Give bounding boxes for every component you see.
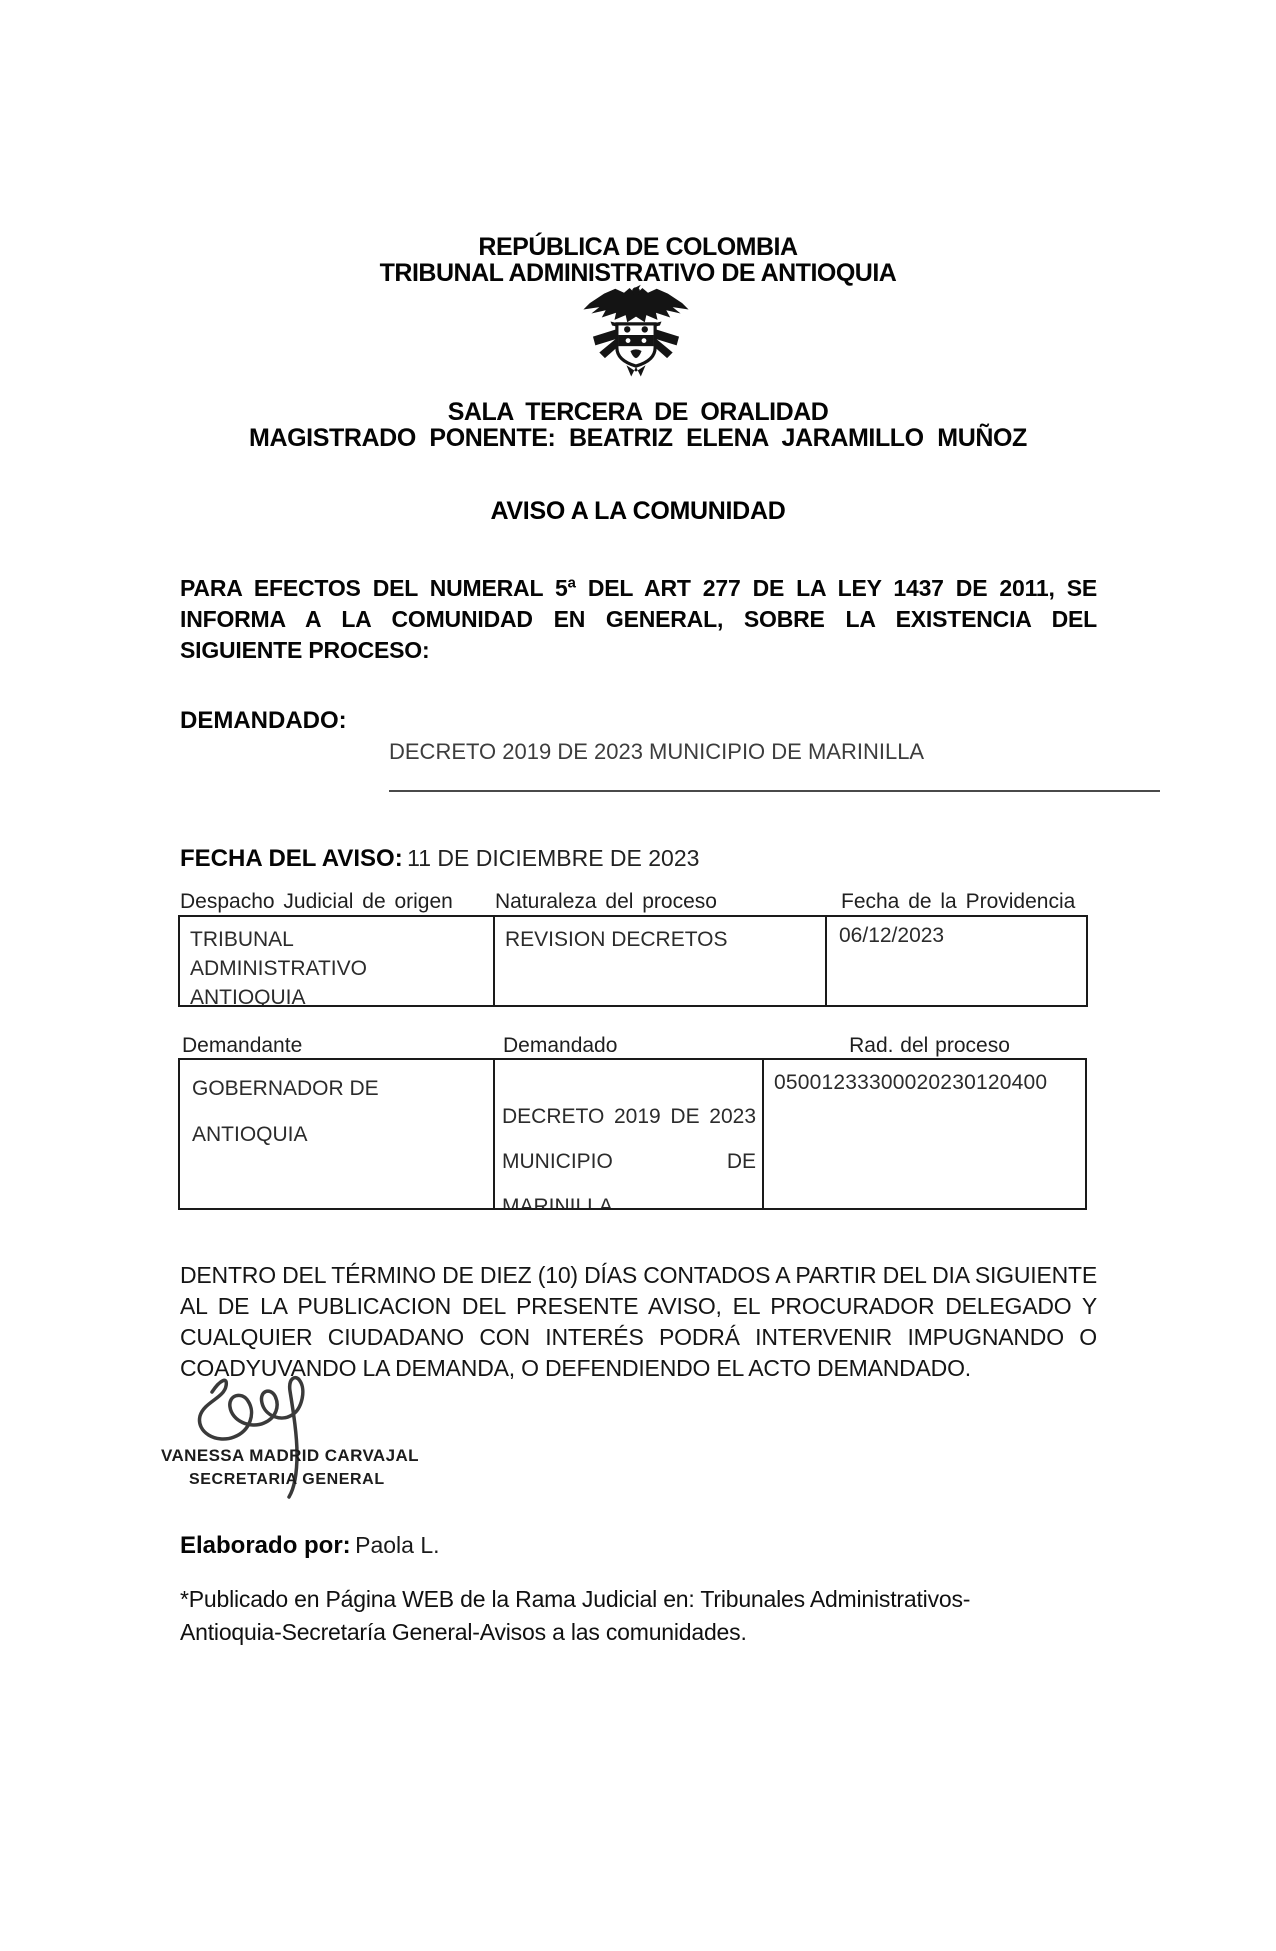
intro-line: INFORMA A LA COMUNIDAD EN GENERAL, SOBRE… bbox=[180, 604, 1097, 635]
document-page: REPÚBLICA DE COLOMBIA TRIBUNAL ADMINISTR… bbox=[0, 0, 1276, 1951]
process-table-cell-naturaleza: REVISION DECRETOS bbox=[495, 917, 827, 1005]
term-line: CUALQUIER CIUDADANO CON INTERÉS PODRÁ IN… bbox=[180, 1322, 1097, 1353]
process-table: TRIBUNAL ADMINISTRATIVO ANTIOQUIA REVISI… bbox=[178, 915, 1088, 1007]
term-line: AL DE LA PUBLICACION DEL PRESENTE AVISO,… bbox=[180, 1291, 1097, 1322]
parties-table-cell-demandante: GOBERNADOR DE ANTIOQUIA bbox=[180, 1060, 495, 1208]
parties-table-header-row: Demandante Demandado Rad. del proceso bbox=[178, 1034, 1087, 1058]
parties-table-header-demandante: Demandante bbox=[178, 1034, 497, 1058]
signature-name: VANESSA MADRID CARVAJAL bbox=[161, 1446, 419, 1466]
publicado-note: *Publicado en Página WEB de la Rama Judi… bbox=[180, 1583, 1097, 1649]
notice-title: AVISO A LA COMUNIDAD bbox=[0, 497, 1276, 526]
colombia-coat-of-arms-icon bbox=[580, 284, 692, 386]
process-table-header-fecha: Fecha de la Providencia bbox=[827, 890, 1088, 914]
intro-paragraph: PARA EFECTOS DEL NUMERAL 5ª DEL ART 277 … bbox=[180, 573, 1097, 666]
demandado-cell-line: MARINILLA bbox=[502, 1184, 756, 1208]
process-table-cell-despacho: TRIBUNAL ADMINISTRATIVO ANTIOQUIA bbox=[180, 917, 495, 1005]
process-table-cell-fecha: 06/12/2023 bbox=[827, 917, 1086, 1005]
fecha-aviso: FECHA DEL AVISO: 11 DE DICIEMBRE DE 2023 bbox=[180, 845, 699, 873]
process-table-header-naturaleza: Naturaleza del proceso bbox=[495, 890, 827, 914]
demandado-cell-line: DECRETO 2019 DE 2023 bbox=[502, 1094, 756, 1139]
fecha-aviso-label: FECHA DEL AVISO: bbox=[180, 845, 403, 872]
despacho-value: TRIBUNAL ADMINISTRATIVO ANTIOQUIA bbox=[190, 925, 395, 1005]
parties-table: GOBERNADOR DE ANTIOQUIA DECRETO 2019 DE … bbox=[178, 1058, 1087, 1210]
elaborado-label: Elaborado por: bbox=[180, 1532, 351, 1559]
parties-table-cell-radicado: 05001233300020230120400 bbox=[764, 1060, 1085, 1208]
process-table-header-despacho: Despacho Judicial de origen bbox=[178, 890, 495, 914]
parties-table-header-demandado: Demandado bbox=[497, 1034, 772, 1058]
header-sala: SALA TERCERA DE ORALIDAD bbox=[0, 398, 1276, 427]
intro-line: SIGUIENTE PROCESO: bbox=[180, 635, 1097, 666]
term-line: DENTRO DEL TÉRMINO DE DIEZ (10) DÍAS CON… bbox=[180, 1260, 1097, 1291]
header-republic: REPÚBLICA DE COLOMBIA bbox=[0, 233, 1276, 262]
header-magistrado: MAGISTRADO PONENTE: BEATRIZ ELENA JARAMI… bbox=[0, 424, 1276, 453]
publicado-line: *Publicado en Página WEB de la Rama Judi… bbox=[180, 1583, 1097, 1616]
demandado-label: DEMANDADO: bbox=[180, 707, 347, 735]
demandante-value: GOBERNADOR DE ANTIOQUIA bbox=[192, 1066, 424, 1158]
elaborado-value: Paola L. bbox=[355, 1532, 439, 1558]
intro-line: PARA EFECTOS DEL NUMERAL 5ª DEL ART 277 … bbox=[180, 573, 1097, 604]
publicado-line: Antioquia-Secretaría General-Avisos a la… bbox=[180, 1616, 1097, 1649]
parties-table-cell-demandado: DECRETO 2019 DE 2023 MUNICIPIO DE MARINI… bbox=[495, 1060, 764, 1208]
parties-table-header-radicado: Rad. del proceso bbox=[772, 1034, 1087, 1058]
demandado-cell-line: MUNICIPIO DE bbox=[502, 1139, 756, 1184]
elaborado-por: Elaborado por: Paola L. bbox=[180, 1532, 440, 1560]
demandado-underline bbox=[389, 790, 1160, 792]
process-table-header-row: Despacho Judicial de origen Naturaleza d… bbox=[178, 890, 1088, 914]
fecha-aviso-value: 11 DE DICIEMBRE DE 2023 bbox=[407, 845, 699, 871]
signature-role: SECRETARIA GENERAL bbox=[189, 1471, 385, 1489]
demandado-value: DECRETO 2019 DE 2023 MUNICIPIO DE MARINI… bbox=[389, 739, 924, 765]
